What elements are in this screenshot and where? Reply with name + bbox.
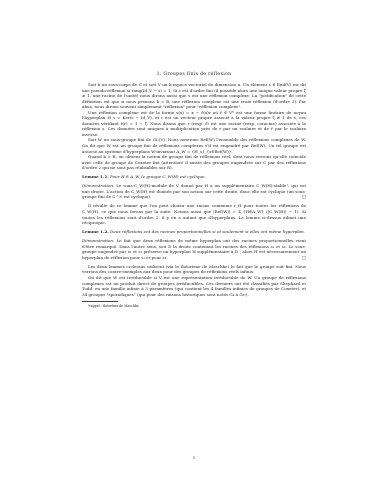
- footnote-rule: [82, 301, 118, 302]
- lemma-1-statement: Pour H ∈ A_W, le groupe C_W(H) est cycli…: [110, 174, 206, 179]
- lemma-1-proof-text: Le sous-C_W(H)-module de V donné par H a…: [82, 183, 306, 199]
- paragraph-after-lemma-1: Il résulte de ce lemme que l'on peut cho…: [82, 203, 306, 225]
- paragraph-real: Quand k = R, on obtient la notion de gro…: [82, 154, 306, 171]
- lemma-1: Lemme 1.1. Pour H ∈ A_W, le groupe C_W(H…: [82, 174, 306, 180]
- lemma-1-head: Lemme 1.1.: [82, 174, 109, 179]
- paragraph-group: Soit W un sous-groupe fini de GL(V). Nou…: [82, 137, 306, 154]
- proof-label: Démonstration.: [82, 183, 114, 188]
- lemma-2-proof-text: Le fait que deux réflexions de même hype…: [82, 238, 306, 260]
- page-number: 1: [82, 456, 306, 460]
- section-title: 1. Groupes finis de réflexion: [82, 72, 306, 77]
- proof-label: Démonstration.: [82, 238, 114, 243]
- lemma-2-proof: Démonstration. Le fait que deux réflexio…: [82, 238, 306, 260]
- footnote: ¹rappel : théorème de Maschke: [82, 304, 306, 309]
- lemma-1-proof: Démonstration. Le sous-C_W(H)-module de …: [82, 183, 306, 200]
- qed-icon: □: [302, 255, 306, 261]
- paragraph-maschke: Les deux lemmes ci-dessus utilisent (via…: [82, 264, 306, 275]
- qed-icon: □: [302, 194, 306, 200]
- paragraph-definition: Soit k un sous-corps de C et soit V un k…: [82, 82, 306, 110]
- lemma-2-statement: Deux réflexions ont des racines proporti…: [110, 229, 305, 234]
- lemma-2: Lemme 1.2. Deux réflexions ont des racin…: [82, 229, 306, 235]
- lemma-2-head: Lemme 1.2.: [82, 229, 109, 234]
- paragraph-classification: On dit que W est irréductible si V est u…: [82, 275, 306, 297]
- body-text: Soit k un sous-corps de C et soit V un k…: [82, 82, 306, 309]
- paragraph-form: Une réflexion complexe est de la forme s…: [82, 110, 306, 138]
